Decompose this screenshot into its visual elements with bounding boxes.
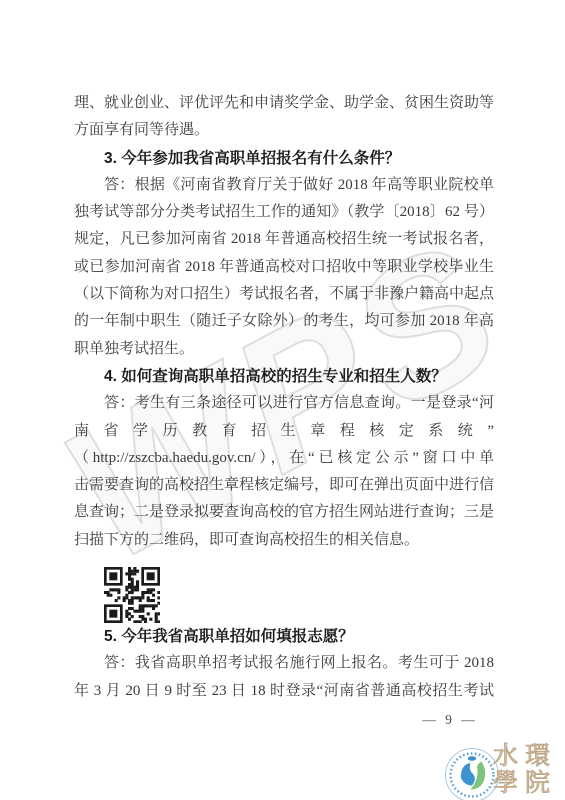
question-heading: 3. 今年参加我省高职单招报名有什么条件？ xyxy=(74,145,494,172)
question-heading: 4. 如何查询高职单招高校的招生专业和招生人数？ xyxy=(74,363,494,390)
text-line: （http://zszcba.haedu.gov.cn/），在“已核定公示”窗口… xyxy=(74,445,494,472)
text-line: 独考试等部分分类考试招生工作的通知》（教学〔2018〕62 号） xyxy=(74,199,494,226)
qr-code xyxy=(104,567,160,623)
text-line: 理、就业创业、评优评先和申请奖学金、助学金、贫困生资助等 xyxy=(74,90,494,117)
document-page: WPS 理、就业创业、评优评先和申请奖学金、助学金、贫困生资助等方面享有同等待遇… xyxy=(0,0,565,800)
college-emblem-icon xyxy=(444,747,500,800)
text-line: 年 3 月 20 日 9 时至 23 日 18 时登录“河南省普通高校招生考试 xyxy=(74,678,494,705)
text-line: 或已参加河南省 2018 年普通高校对口招收中等职业学校毕业生 xyxy=(74,254,494,281)
question-heading: 5. 今年我省高职单招如何填报志愿？ xyxy=(74,623,494,650)
college-logo-stamp: 水環 學院 xyxy=(444,744,565,800)
text-line: 南省学历教育招生章程核定系统” xyxy=(74,418,494,445)
text-line: （以下简称为对口招生）考试报名者，不属于非豫户籍高中起点 xyxy=(74,281,494,308)
logo-text-row1: 水環 xyxy=(493,743,565,770)
logo-text-row2: 學院 xyxy=(493,770,565,797)
emblem-top-oval xyxy=(468,756,476,761)
text-line: 答：考生有三条途径可以进行官方信息查询。一是登录“河 xyxy=(74,390,494,417)
page-number: — 9 — xyxy=(405,712,495,728)
text-line: 方面享有同等待遇。 xyxy=(74,117,494,144)
text-line: 答：根据《河南省教育厅关于做好 2018 年高等职业院校单 xyxy=(74,172,494,199)
text-line: 扫描下方的二维码，即可查询高校招生的相关信息。 xyxy=(74,527,494,554)
document-body: 理、就业创业、评优评先和申请奖学金、助学金、贫困生资助等方面享有同等待遇。3. … xyxy=(74,90,494,705)
text-line: 规定，凡已参加河南省 2018 年普通高校招生统一考试报名者， xyxy=(74,226,494,253)
text-line: 职单独考试招生。 xyxy=(74,336,494,363)
text-line: 击需要查询的高校招生章程核定编号，即可在弹出页面中进行信 xyxy=(74,472,494,499)
college-logo-text: 水環 學院 xyxy=(493,743,565,797)
text-line: 答：我省高职单招考试报名施行网上报名。考生可于 2018 xyxy=(74,650,494,677)
text-line: 的一年制中职生（随迁子女除外）的考生，均可参加 2018 年高 xyxy=(74,308,494,335)
text-line: 息查询；二是登录拟要查询高校的官方招生网站进行查询；三是 xyxy=(74,499,494,526)
